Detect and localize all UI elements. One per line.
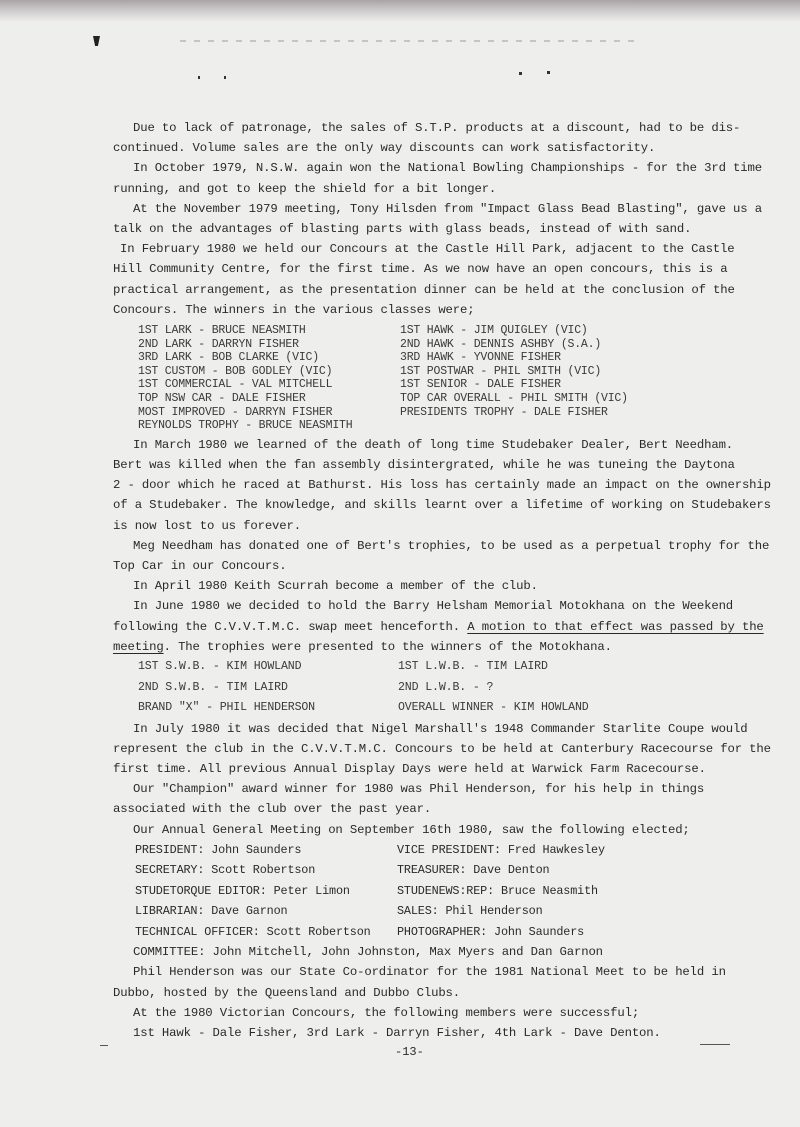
margin-mark	[100, 1045, 108, 1046]
paragraph-line: Dubbo, hosted by the Queensland and Dubb…	[113, 983, 723, 1003]
paragraph-line: Concours. The winners in the various cla…	[113, 300, 723, 320]
meeting-underlined-text: meeting	[113, 640, 164, 654]
officer-entry: PHOTOGRAPHER: John Saunders	[397, 922, 697, 943]
officer-entry: VICE PRESIDENT: Fred Hawkesley	[397, 840, 697, 861]
winner-entry	[400, 419, 700, 433]
paragraph-line: Meg Needham has donated one of Bert's tr…	[113, 536, 723, 556]
winner-entry: 1ST CUSTOM - BOB GODLEY (VIC)	[138, 365, 400, 379]
winner-entry: TOP CAR OVERALL - PHIL SMITH (VIC)	[400, 392, 700, 406]
scan-bleed-through	[180, 40, 640, 42]
paragraph-line: In October 1979, N.S.W. again won the Na…	[113, 158, 723, 178]
officer-entry: STUDENEWS:REP: Bruce Neasmith	[397, 881, 697, 902]
scan-speck	[224, 76, 226, 79]
officer-entry: PRESIDENT: John Saunders	[135, 840, 397, 861]
paragraph-line: first time. All previous Annual Display …	[113, 759, 723, 779]
winner-entry: 2ND HAWK - DENNIS ASHBY (S.A.)	[400, 338, 700, 352]
motion-underlined-text: A motion to that effect was passed by th…	[467, 620, 763, 634]
paragraph-line: At the November 1979 meeting, Tony Hilsd…	[113, 199, 723, 219]
paragraph-line: In July 1980 it was decided that Nigel M…	[113, 719, 723, 739]
officer-entry: SECRETARY: Scott Robertson	[135, 860, 397, 881]
scan-speck	[519, 72, 522, 75]
winner-entry: TOP NSW CAR - DALE FISHER	[138, 392, 400, 406]
winner-entry: 1ST L.W.B. - TIM LAIRD	[398, 657, 698, 678]
winner-entry: 1ST SENIOR - DALE FISHER	[400, 378, 700, 392]
paragraph-line: Hill Community Centre, for the first tim…	[113, 259, 723, 279]
winner-entry: PRESIDENTS TROPHY - DALE FISHER	[400, 406, 700, 420]
scan-speck	[547, 71, 550, 74]
paragraph-line: 1st Hawk - Dale Fisher, 3rd Lark - Darry…	[113, 1023, 723, 1043]
scan-mark	[93, 36, 100, 46]
paragraph-line: associated with the club over the past y…	[113, 799, 723, 819]
paragraph-line: continued. Volume sales are the only way…	[113, 138, 723, 158]
motion-text: following the C.V.V.T.M.C. swap meet hen…	[113, 620, 467, 634]
paragraph-line: represent the club in the C.V.V.T.M.C. C…	[113, 739, 723, 759]
winner-entry: 2ND S.W.B. - TIM LAIRD	[138, 678, 398, 699]
margin-mark	[700, 1044, 730, 1045]
winner-entry: 1ST HAWK - JIM QUIGLEY (VIC)	[400, 324, 700, 338]
paragraph-line: 2 - door which he raced at Bathurst. His…	[113, 475, 723, 495]
motokhana-winners-list: 1ST S.W.B. - KIM HOWLAND 1ST L.W.B. - TI…	[138, 657, 723, 719]
officer-entry: LIBRARIAN: Dave Garnon	[135, 901, 397, 922]
paragraph-line: talk on the advantages of blasting parts…	[113, 219, 723, 239]
winner-entry: OVERALL WINNER - KIM HOWLAND	[398, 698, 698, 719]
document-page: Due to lack of patronage, the sales of S…	[113, 118, 723, 1043]
paragraph-line: of a Studebaker. The knowledge, and skil…	[113, 495, 723, 515]
paragraph-line: following the C.V.V.T.M.C. swap meet hen…	[113, 617, 723, 637]
winner-entry: MOST IMPROVED - DARRYN FISHER	[138, 406, 400, 420]
paragraph-line: running, and got to keep the shield for …	[113, 179, 723, 199]
elected-officers-list: PRESIDENT: John Saunders VICE PRESIDENT:…	[135, 840, 723, 943]
paragraph-line: Phil Henderson was our State Co-ordinato…	[113, 962, 723, 982]
paragraph-line: is now lost to us forever.	[113, 516, 723, 536]
paragraph-line: Top Car in our Concours.	[113, 556, 723, 576]
winner-entry: BRAND "X" - PHIL HENDERSON	[138, 698, 398, 719]
winner-entry: 3RD LARK - BOB CLARKE (VIC)	[138, 351, 400, 365]
winner-entry: 1ST POSTWAR - PHIL SMITH (VIC)	[400, 365, 700, 379]
winner-entry: 3RD HAWK - YVONNE FISHER	[400, 351, 700, 365]
paragraph-line: Our Annual General Meeting on September …	[113, 820, 723, 840]
scan-speck	[198, 76, 200, 79]
paragraph-line: practical arrangement, as the presentati…	[113, 280, 723, 300]
concours-winners-list: 1ST LARK - BRUCE NEASMITH 1ST HAWK - JIM…	[138, 324, 723, 433]
officer-entry: TREASURER: Dave Denton	[397, 860, 697, 881]
officer-entry: SALES: Phil Henderson	[397, 901, 697, 922]
meeting-rest-text: . The trophies were presented to the win…	[164, 640, 612, 654]
winner-entry: 2ND LARK - DARRYN FISHER	[138, 338, 400, 352]
paragraph-line: Our "Champion" award winner for 1980 was…	[113, 779, 723, 799]
paragraph-line: At the 1980 Victorian Concours, the foll…	[113, 1003, 723, 1023]
committee-line: COMMITTEE: John Mitchell, John Johnston,…	[113, 942, 723, 962]
winner-entry: 1ST LARK - BRUCE NEASMITH	[138, 324, 400, 338]
scan-edge-shadow	[0, 0, 800, 22]
winner-entry: 1ST S.W.B. - KIM HOWLAND	[138, 657, 398, 678]
winner-entry: 1ST COMMERCIAL - VAL MITCHELL	[138, 378, 400, 392]
officer-entry: TECHNICAL OFFICER: Scott Robertson	[135, 922, 397, 943]
paragraph-line: In February 1980 we held our Concours at…	[113, 239, 723, 259]
page-number: -13-	[395, 1045, 424, 1059]
officer-entry: STUDETORQUE EDITOR: Peter Limon	[135, 881, 397, 902]
paragraph-line: Bert was killed when the fan assembly di…	[113, 455, 723, 475]
paragraph-line: In April 1980 Keith Scurrah become a mem…	[113, 576, 723, 596]
paragraph-line: In June 1980 we decided to hold the Barr…	[113, 596, 723, 616]
winner-entry: REYNOLDS TROPHY - BRUCE NEASMITH	[138, 419, 400, 433]
winner-entry: 2ND L.W.B. - ?	[398, 678, 698, 699]
paragraph-line: meeting. The trophies were presented to …	[113, 637, 723, 657]
paragraph-line: In March 1980 we learned of the death of…	[113, 435, 723, 455]
paragraph-line: Due to lack of patronage, the sales of S…	[113, 118, 723, 138]
